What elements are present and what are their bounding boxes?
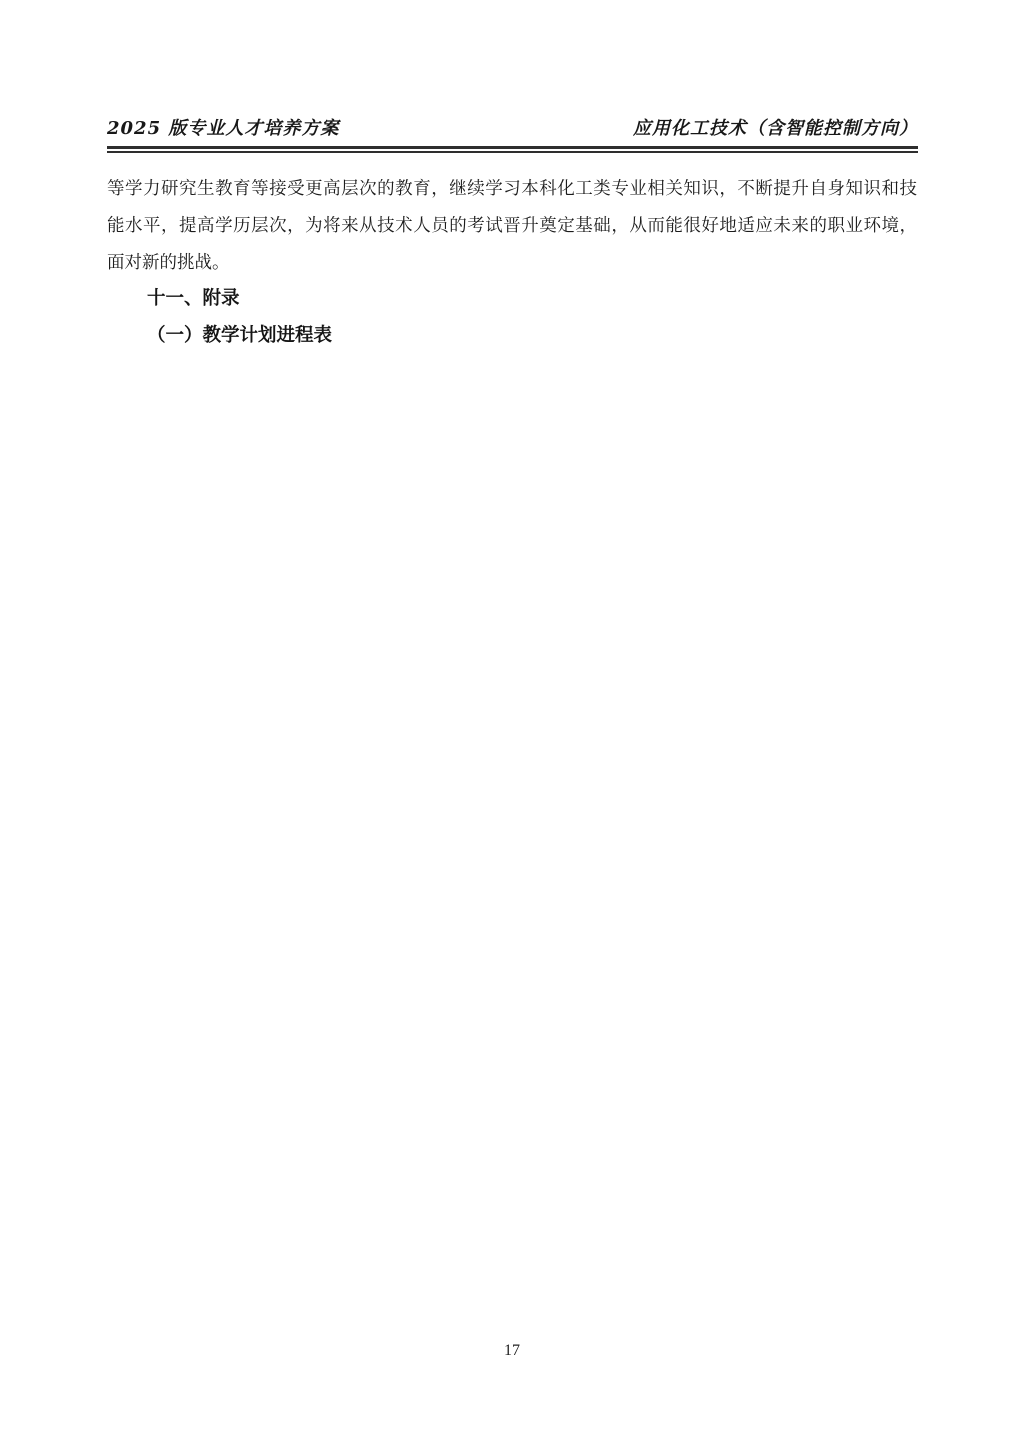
- paragraph-line-1: 等学力研究生教育等接受更高层次的教育，继续学习本科化工类专业相关知识，不断提升自…: [107, 170, 917, 207]
- subsection-heading-teaching-plan-table: （一）教学计划进程表: [107, 318, 917, 355]
- header-right-title: 应用化工技术（含智能控制方向）: [633, 114, 918, 140]
- paragraph-line-3: 面对新的挑战。: [107, 244, 917, 281]
- paragraph-line-2: 能水平，提高学历层次，为将来从技术人员的考试晋升奠定基础，从而能很好地适应未来的…: [107, 207, 917, 244]
- header-left-title: 2025 版专业人才培养方案: [107, 114, 339, 140]
- section-heading-appendix: 十一、附录: [107, 281, 917, 318]
- page-footer: 17: [0, 1342, 1024, 1360]
- document-body: 等学力研究生教育等接受更高层次的教育，继续学习本科化工类专业相关知识，不断提升自…: [107, 170, 917, 355]
- page-header: 2025 版专业人才培养方案 应用化工技术（含智能控制方向）: [107, 114, 918, 140]
- page-number: 17: [504, 1342, 520, 1359]
- document-page: 2025 版专业人才培养方案 应用化工技术（含智能控制方向） 等学力研究生教育等…: [0, 0, 1024, 1448]
- header-divider-rule: [107, 146, 918, 153]
